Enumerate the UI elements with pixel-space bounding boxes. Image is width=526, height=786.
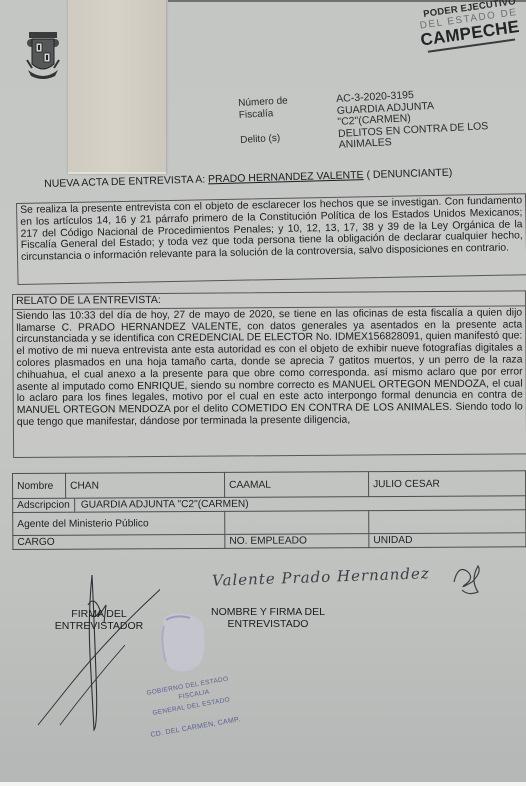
- cargo-value: Agente del Ministerio Público: [13, 511, 225, 535]
- title-name: PRADO HERNANDEZ VALENTE: [208, 169, 364, 185]
- header-field-values: AC-3-2020-3195 GUARDIA ADJUNTA "C2"(CARM…: [336, 86, 489, 151]
- delito-label: Delito (s): [240, 132, 290, 146]
- interviewer-label-line-2: ENTREVISTADOR: [44, 620, 154, 632]
- cargo-label: CARGO: [13, 534, 225, 549]
- bottom-edge: [0, 782, 526, 786]
- header-field-labels: Número de Fiscalía Delito (s): [238, 95, 290, 146]
- table-row: Nombre CHAN CAAMAL JULIO CESAR: [13, 471, 526, 499]
- adscripcion-value: GUARDIA ADJUNTA "C2"(CARMEN): [75, 499, 249, 511]
- intro-paragraph-box: Se realiza la presente entrevista con el…: [16, 193, 526, 285]
- no-empleado-label: NO. EMPLEADO: [225, 534, 369, 549]
- apellido-materno: CAAMAL: [224, 472, 368, 498]
- intro-text: Se realiza la presente entrevista con el…: [20, 195, 523, 263]
- relato-text: Siendo las 10:33 del día de hoy, 27 de m…: [16, 307, 523, 428]
- interviewee-handwritten-name: Valente Prado Hernandez: [212, 564, 430, 590]
- apellido-paterno: CHAN: [66, 472, 225, 498]
- interviewee-label-line-1: NOMBRE Y FIRMA DEL: [198, 606, 338, 618]
- unidad-value: [369, 510, 526, 534]
- interviewee-signature-label: NOMBRE Y FIRMA DEL ENTREVISTADO: [198, 606, 338, 630]
- campeche-logo: PODER EJECUTIVO DEL ESTADO DE CAMPECHE: [416, 0, 523, 69]
- title-suffix: ( DENUNCIANTE): [363, 167, 452, 181]
- relato-box: RELATO DE LA ENTREVISTA: Siendo las 10:3…: [12, 290, 526, 458]
- no-empleado-value: [225, 511, 369, 535]
- interviewer-label-line-1: FIRMA DEL: [44, 608, 154, 620]
- table-row: CARGO NO. EMPLEADO UNIDAD: [13, 533, 526, 550]
- unidad-label: UNIDAD: [369, 533, 526, 548]
- agent-info-table: Nombre CHAN CAAMAL JULIO CESAR Adscripci…: [12, 470, 526, 550]
- adscripcion-label: Adscripcion: [13, 499, 75, 512]
- folded-paper-strip: [68, 0, 166, 174]
- coat-of-arms-icon: [25, 30, 61, 82]
- interviewer-signature-icon: [30, 575, 160, 735]
- interviewee-signature-flourish-icon: [448, 562, 488, 598]
- table-row: Agente del Ministerio Público: [13, 510, 526, 536]
- nombre-label: Nombre: [13, 473, 66, 498]
- nombres: JULIO CESAR: [368, 471, 525, 497]
- interviewer-signature-label: FIRMA DEL ENTREVISTADOR: [44, 608, 154, 632]
- document-page: PODER EJECUTIVO DEL ESTADO DE CAMPECHE N…: [0, 0, 526, 782]
- title-prefix: NUEVA ACTA DE ENTREVISTA A:: [44, 173, 208, 190]
- interviewee-label-line-2: ENTREVISTADO: [198, 618, 338, 630]
